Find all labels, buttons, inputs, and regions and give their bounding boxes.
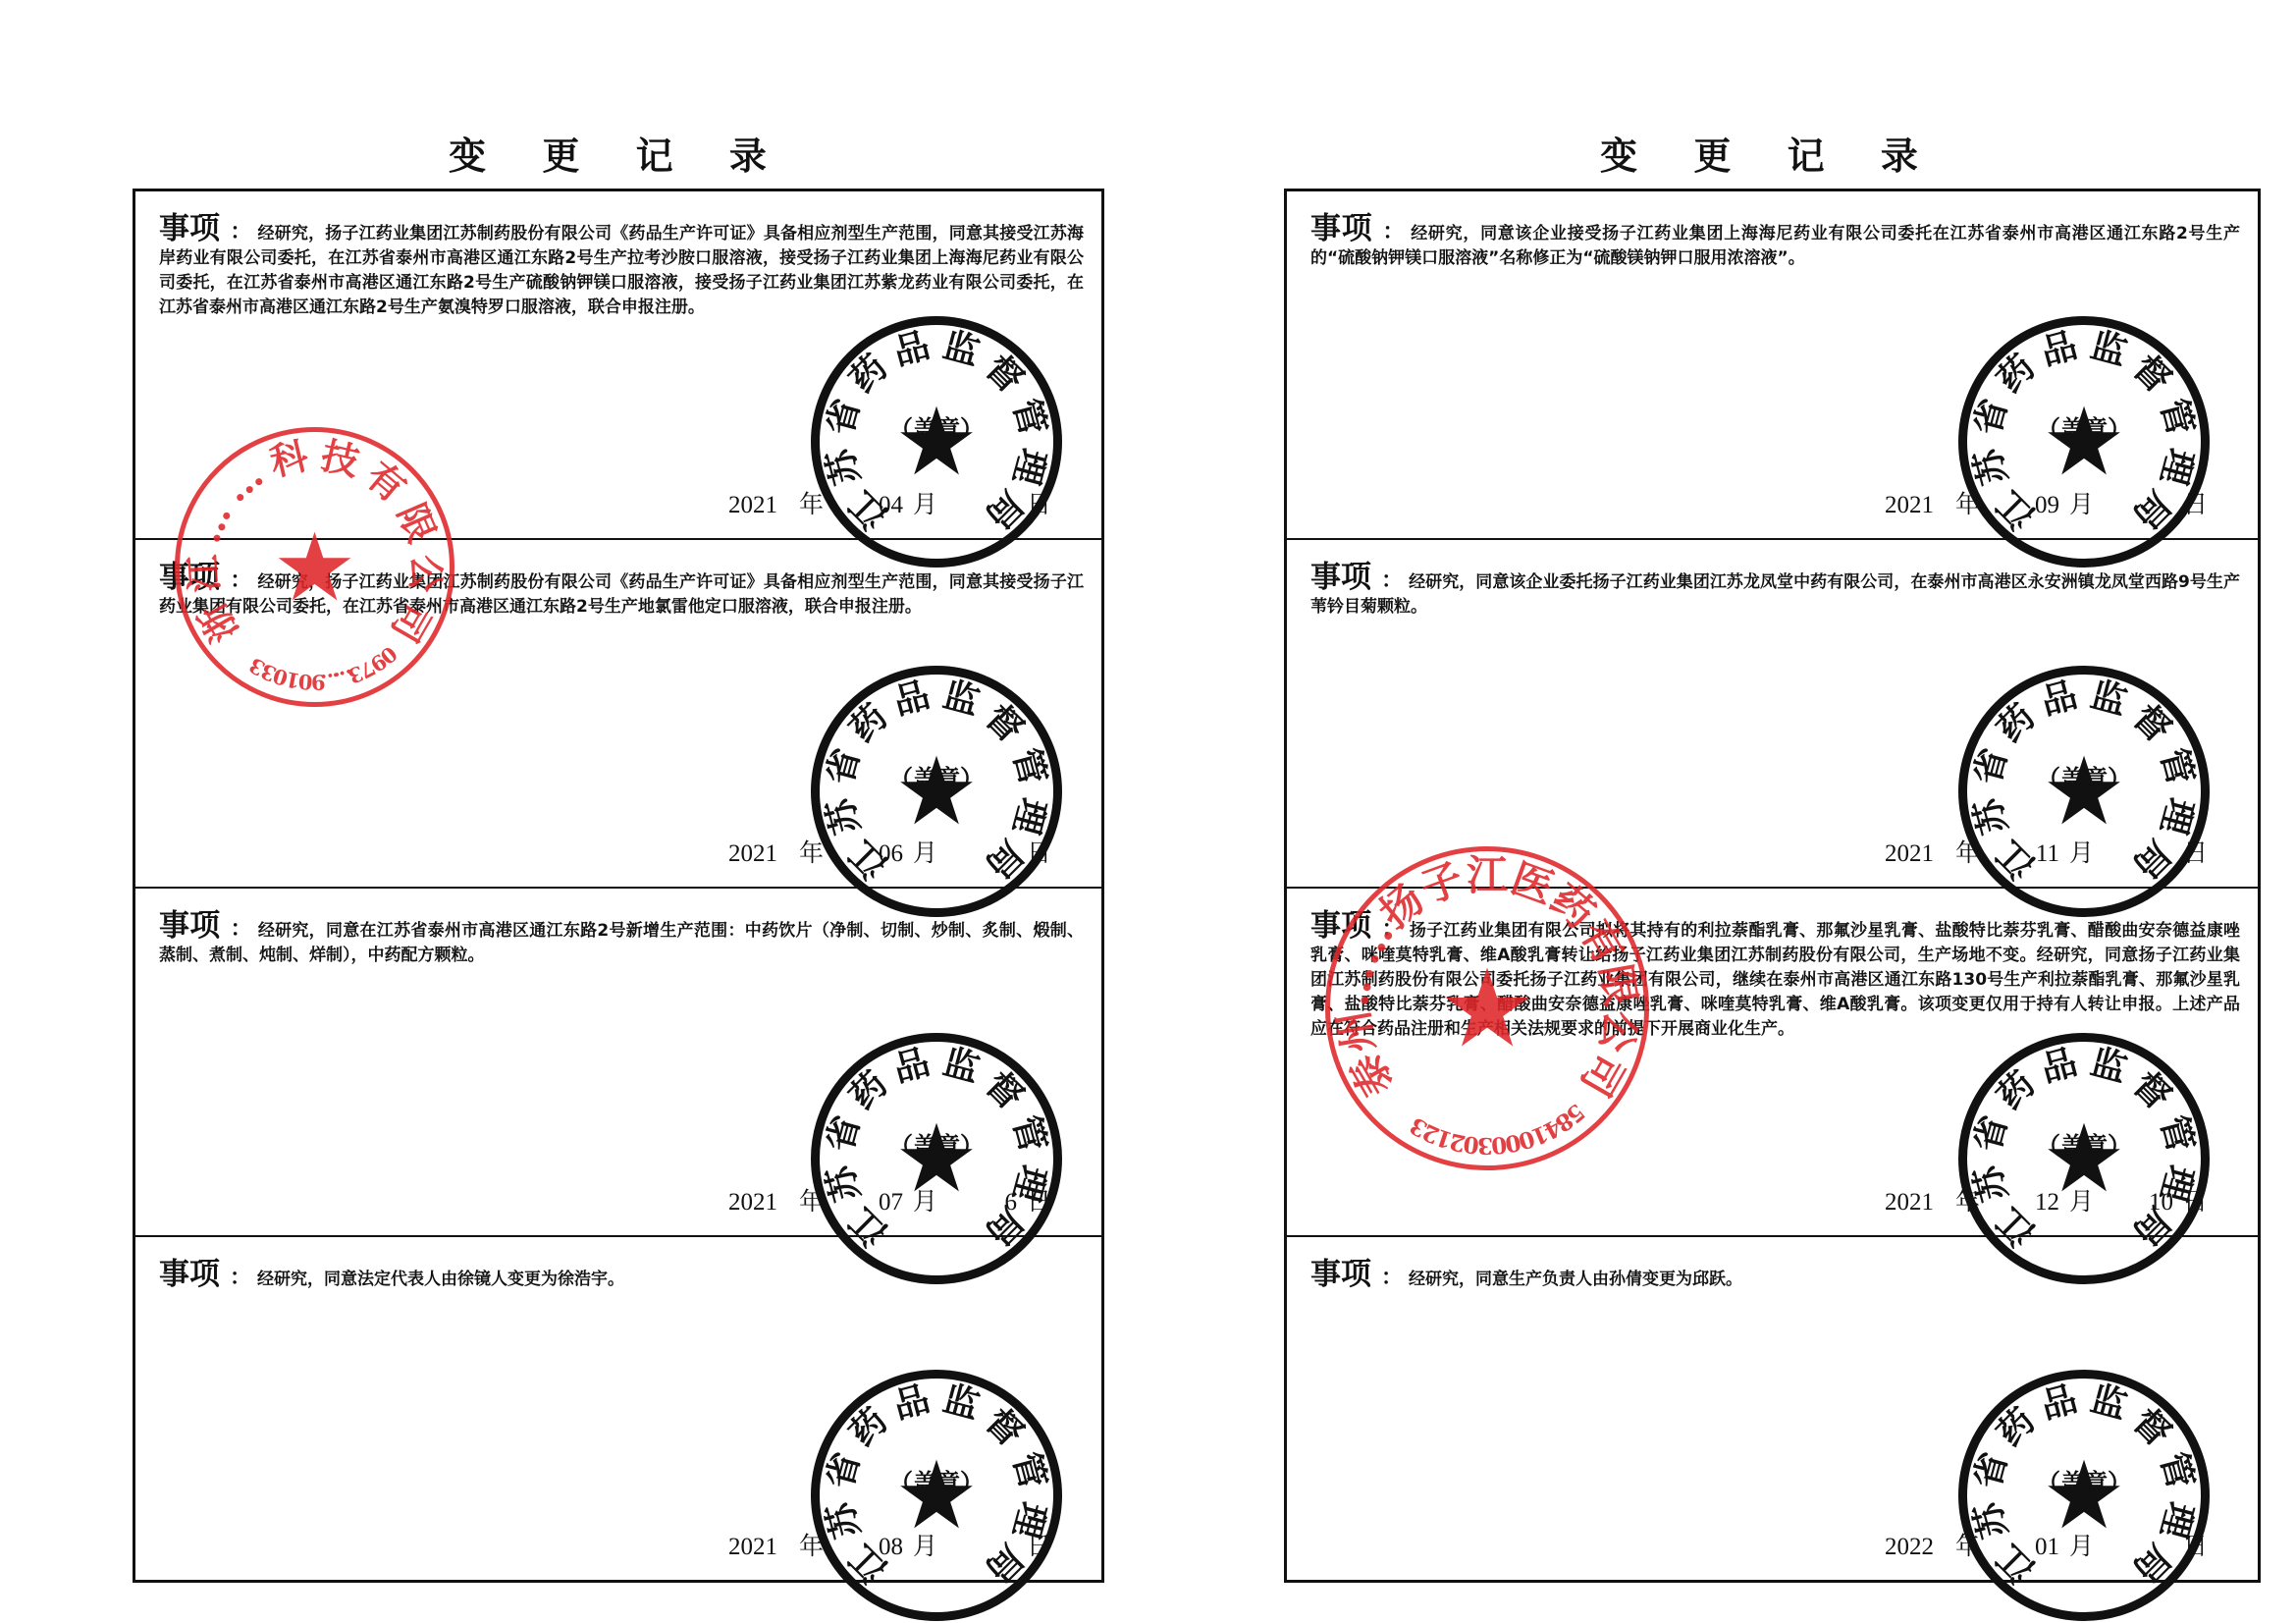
month-unit: 月 <box>2069 834 2114 869</box>
change-record-frame-right: 事项：经研究，同意该企业接受扬子江药业集团上海海尼药业有限公司委托在江苏省泰州市… <box>1284 189 2261 1583</box>
entry-body: 扬子江药业集团有限公司拟将其持有的利拉萘酯乳膏、那氟沙星乳膏、盐酸特比萘芬乳膏、… <box>1310 921 2240 1039</box>
entry-label: 事项 <box>1310 560 1371 595</box>
date-row: 2021年 09月 日 <box>1885 485 2228 520</box>
date-row: 2021年 04月 日 <box>728 485 1072 520</box>
change-record-section: 事项：经研究，扬子江药业集团江苏制药股份有限公司《药品生产许可证》具备相应剂型生… <box>135 540 1101 889</box>
date-row: 2021年 08月 日 <box>728 1527 1072 1562</box>
date-month: 06 <box>844 840 913 868</box>
entry-label: 事项 <box>159 1257 220 1292</box>
entry-text: 事项：经研究，同意该企业接受扬子江药业集团上海海尼药业有限公司委托在江苏省泰州市… <box>1310 217 2240 271</box>
year-unit: 年 <box>1955 834 2001 869</box>
month-unit: 月 <box>913 1527 958 1562</box>
date-row: 2021年 11月 日 <box>1885 834 2228 869</box>
entry-label: 事项 <box>1310 1257 1371 1292</box>
year-unit: 年 <box>799 1182 844 1217</box>
date-day: 10 <box>2114 1189 2183 1217</box>
entry-body: 经研究，同意法定代表人由徐镜人变更为徐浩宇。 <box>257 1270 624 1289</box>
date-row: 2022年 01月 日 <box>1885 1527 2228 1562</box>
change-record-section: 事项：经研究，扬子江药业集团江苏制药股份有限公司《药品生产许可证》具备相应剂型生… <box>135 191 1101 540</box>
change-record-section: 事项：经研究，同意该企业接受扬子江药业集团上海海尼药业有限公司委托在江苏省泰州市… <box>1287 191 2258 540</box>
change-record-section: 事项：经研究，同意法定代表人由徐镜人变更为徐浩宇。 2021年 08月 日 <box>135 1237 1101 1580</box>
change-record-frame-left: 事项：经研究，扬子江药业集团江苏制药股份有限公司《药品生产许可证》具备相应剂型生… <box>133 189 1104 1583</box>
day-unit: 日 <box>1027 485 1072 520</box>
entry-body: 经研究，同意在江苏省泰州市高港区通江东路2号新增生产范围：中药饮片（净制、切制、… <box>159 921 1084 965</box>
change-record-section: 事项：经研究，同意在江苏省泰州市高港区通江东路2号新增生产范围：中药饮片（净制、… <box>135 889 1101 1237</box>
year-unit: 年 <box>1955 1182 2001 1217</box>
change-record-section: 事项：经研究，同意该企业委托扬子江药业集团江苏龙凤堂中药有限公司，在泰州市高港区… <box>1287 540 2258 889</box>
date-row: 2021年 07月 6日 <box>728 1182 1072 1217</box>
date-year: 2021 <box>1885 1189 1955 1217</box>
month-unit: 月 <box>2069 1182 2114 1217</box>
date-year: 2021 <box>728 492 799 519</box>
entry-body: 经研究，扬子江药业集团江苏制药股份有限公司《药品生产许可证》具备相应剂型生产范围… <box>159 572 1084 617</box>
entry-label: 事项 <box>159 560 220 595</box>
month-unit: 月 <box>913 834 958 869</box>
day-unit: 日 <box>2183 1527 2228 1562</box>
year-unit: 年 <box>1955 1527 2001 1562</box>
day-unit: 日 <box>1027 834 1072 869</box>
date-day: 6 <box>958 1189 1027 1217</box>
entry-text: 事项：经研究，同意生产负责人由孙倩变更为邱跃。 <box>1310 1263 2240 1292</box>
month-unit: 月 <box>2069 485 2114 520</box>
year-unit: 年 <box>799 834 844 869</box>
day-unit: 日 <box>2183 834 2228 869</box>
date-year: 2021 <box>728 840 799 868</box>
year-unit: 年 <box>799 485 844 520</box>
entry-body: 经研究，同意该企业委托扬子江药业集团江苏龙凤堂中药有限公司，在泰州市高港区永安洲… <box>1310 572 2240 617</box>
month-unit: 月 <box>2069 1527 2114 1562</box>
year-unit: 年 <box>799 1527 844 1562</box>
date-row: 2021年 06月 日 <box>728 834 1072 869</box>
year-unit: 年 <box>1955 485 2001 520</box>
entry-text: 事项：扬子江药业集团有限公司拟将其持有的利拉萘酯乳膏、那氟沙星乳膏、盐酸特比萘芬… <box>1310 914 2240 1042</box>
page-title-left: 变 更 记 录 <box>393 126 844 180</box>
entry-text: 事项：经研究，同意该企业委托扬子江药业集团江苏龙凤堂中药有限公司，在泰州市高港区… <box>1310 566 2240 620</box>
day-unit: 日 <box>2183 485 2228 520</box>
entry-label: 事项 <box>159 908 221 944</box>
entry-body: 经研究，扬子江药业集团江苏制药股份有限公司《药品生产许可证》具备相应剂型生产范围… <box>159 224 1084 317</box>
date-month: 01 <box>2001 1534 2069 1561</box>
date-year: 2021 <box>728 1189 799 1217</box>
entry-label: 事项 <box>1310 908 1372 944</box>
entry-text: 事项：经研究，同意在江苏省泰州市高港区通江东路2号新增生产范围：中药饮片（净制、… <box>159 914 1084 968</box>
month-unit: 月 <box>913 485 958 520</box>
day-unit: 日 <box>1027 1182 1072 1217</box>
change-record-section: 事项：经研究，同意生产负责人由孙倩变更为邱跃。 2022年 01月 日 <box>1287 1237 2258 1580</box>
day-unit: 日 <box>2183 1182 2228 1217</box>
change-record-section: 事项：扬子江药业集团有限公司拟将其持有的利拉萘酯乳膏、那氟沙星乳膏、盐酸特比萘芬… <box>1287 889 2258 1237</box>
date-year: 2022 <box>1885 1534 1955 1561</box>
month-unit: 月 <box>913 1182 958 1217</box>
date-row: 2021年 12月 10日 <box>1885 1182 2228 1217</box>
entry-label: 事项 <box>159 211 220 246</box>
entry-body: 经研究，同意该企业接受扬子江药业集团上海海尼药业有限公司委托在江苏省泰州市高港区… <box>1310 224 2240 268</box>
entry-text: 事项：经研究，扬子江药业集团江苏制药股份有限公司《药品生产许可证》具备相应剂型生… <box>159 566 1084 620</box>
date-month: 07 <box>844 1189 913 1217</box>
entry-body: 经研究，同意生产负责人由孙倩变更为邱跃。 <box>1409 1270 1742 1289</box>
date-year: 2021 <box>728 1534 799 1561</box>
entry-text: 事项：经研究，同意法定代表人由徐镜人变更为徐浩宇。 <box>159 1263 1084 1292</box>
day-unit: 日 <box>1027 1527 1072 1562</box>
date-month: 11 <box>2001 840 2069 868</box>
date-month: 12 <box>2001 1189 2069 1217</box>
date-year: 2021 <box>1885 840 1955 868</box>
entry-label: 事项 <box>1310 211 1372 246</box>
date-month: 04 <box>844 492 913 519</box>
date-year: 2021 <box>1885 492 1955 519</box>
entry-text: 事项：经研究，扬子江药业集团江苏制药股份有限公司《药品生产许可证》具备相应剂型生… <box>159 217 1084 320</box>
date-month: 09 <box>2001 492 2069 519</box>
date-month: 08 <box>844 1534 913 1561</box>
page-title-right: 变 更 记 录 <box>1544 126 1996 180</box>
